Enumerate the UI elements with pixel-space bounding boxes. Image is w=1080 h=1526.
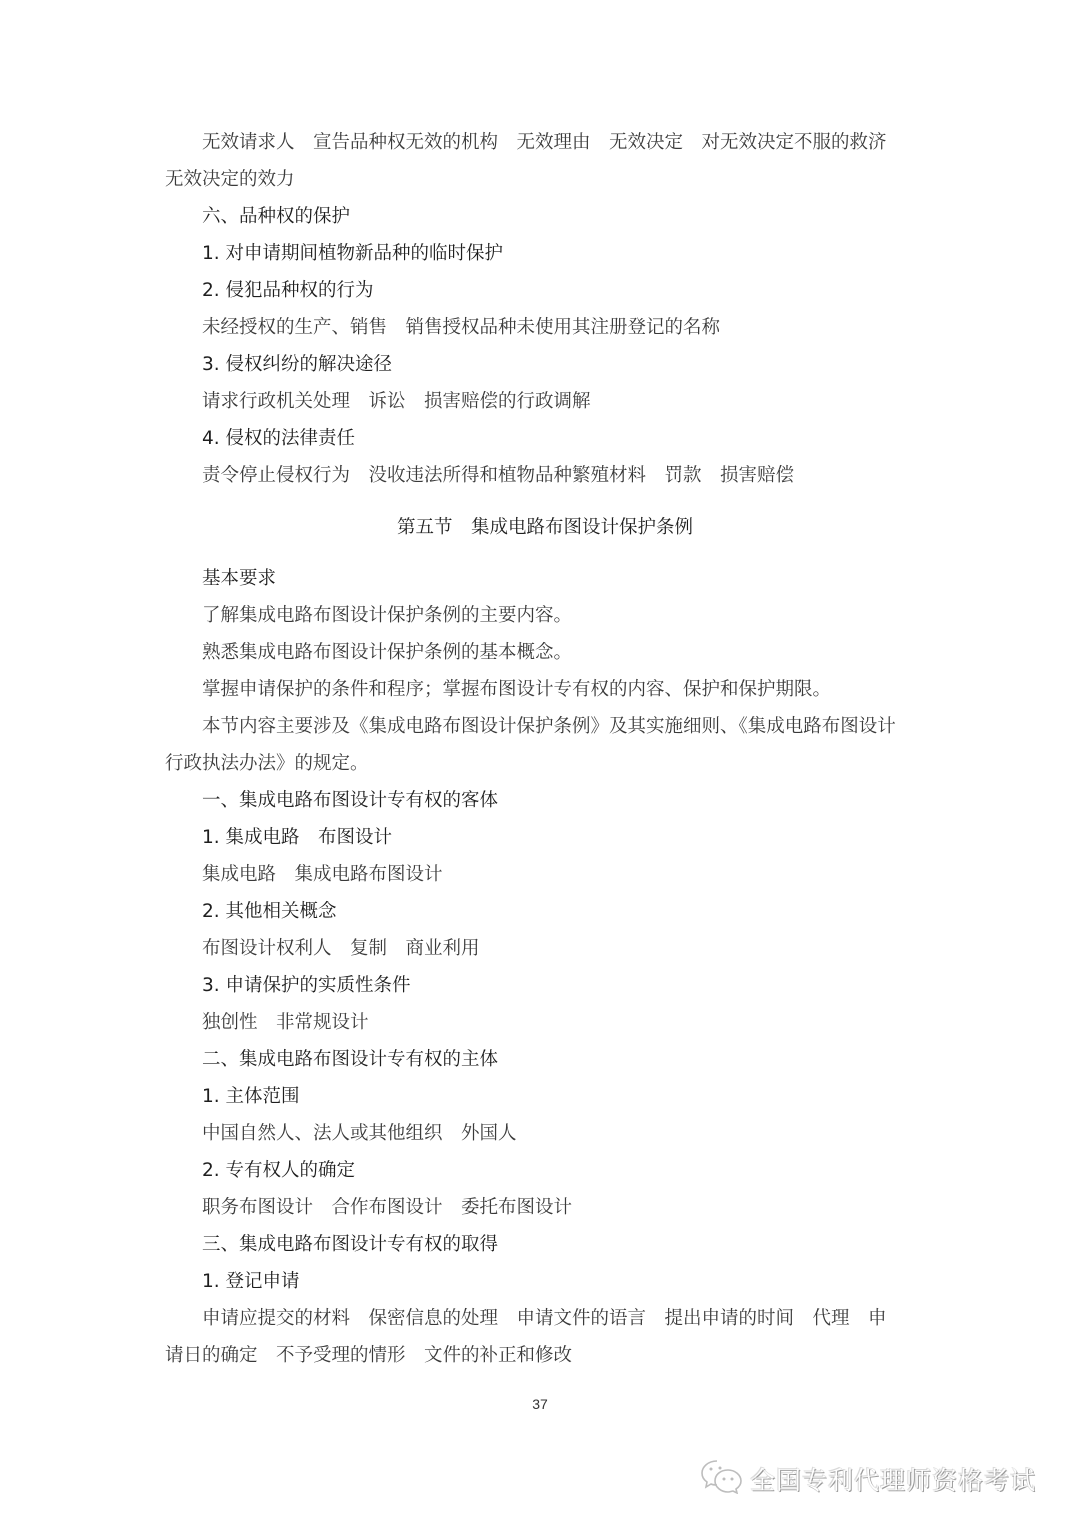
subheading: 3. 侵权纠纷的解决途径 <box>165 353 962 377</box>
body-line: 请日的确定 不予受理的情形 文件的补正和修改 <box>165 1344 925 1368</box>
body-line: 中国自然人、法人或其他组织 外国人 <box>165 1122 962 1146</box>
subheading: 3. 申请保护的实质性条件 <box>165 974 962 998</box>
subheading: 1. 集成电路 布图设计 <box>165 826 962 850</box>
heading-part-3: 三、集成电路布图设计专有权的取得 <box>165 1233 962 1257</box>
body-line: 职务布图设计 合作布图设计 委托布图设计 <box>165 1196 962 1220</box>
body-line: 行政执法办法》的规定。 <box>165 752 925 776</box>
subheading: 1. 对申请期间植物新品种的临时保护 <box>165 242 962 266</box>
section-title: 第五节 集成电路布图设计保护条例 <box>165 516 925 540</box>
body-line: 本节内容主要涉及《集成电路布图设计保护条例》及其实施细则、《集成电路布图设计 <box>165 715 962 739</box>
body-line: 未经授权的生产、销售 销售授权品种未使用其注册登记的名称 <box>165 316 962 340</box>
body-line: 独创性 非常规设计 <box>165 1011 962 1035</box>
page-number: 37 <box>0 1396 1080 1412</box>
heading-section-6: 六、品种权的保护 <box>165 205 962 229</box>
watermark: 全国专利代理师资格考试 <box>700 1458 1036 1499</box>
heading-basic-requirements: 基本要求 <box>165 567 962 591</box>
body-line: 责令停止侵权行为 没收违法所得和植物品种繁殖材料 罚款 损害赔偿 <box>165 464 962 488</box>
subheading: 4. 侵权的法律责任 <box>165 427 962 451</box>
subheading: 1. 主体范围 <box>165 1085 962 1109</box>
subheading: 1. 登记申请 <box>165 1270 962 1294</box>
heading-part-1: 一、集成电路布图设计专有权的客体 <box>165 789 962 813</box>
line-1: 无效决定的效力 <box>165 168 925 192</box>
watermark-text: 全国专利代理师资格考试 <box>750 1461 1036 1497</box>
body-line: 掌握申请保护的条件和程序；掌握布图设计专有权的内容、保护和保护期限。 <box>165 678 962 702</box>
body-line: 集成电路 集成电路布图设计 <box>165 863 962 887</box>
wechat-icon <box>700 1458 744 1499</box>
subheading: 2. 侵犯品种权的行为 <box>165 279 962 303</box>
line-0: 无效请求人 宣告品种权无效的机构 无效理由 无效决定 对无效决定不服的救济 <box>165 131 962 155</box>
body-line: 布图设计权利人 复制 商业利用 <box>165 937 962 961</box>
subheading: 2. 其他相关概念 <box>165 900 962 924</box>
subheading: 2. 专有权人的确定 <box>165 1159 962 1183</box>
body-line: 请求行政机关处理 诉讼 损害赔偿的行政调解 <box>165 390 962 414</box>
body-line: 申请应提交的材料 保密信息的处理 申请文件的语言 提出申请的时间 代理 申 <box>165 1307 962 1331</box>
heading-part-2: 二、集成电路布图设计专有权的主体 <box>165 1048 962 1072</box>
body-line: 了解集成电路布图设计保护条例的主要内容。 <box>165 604 962 628</box>
body-line: 熟悉集成电路布图设计保护条例的基本概念。 <box>165 641 962 665</box>
